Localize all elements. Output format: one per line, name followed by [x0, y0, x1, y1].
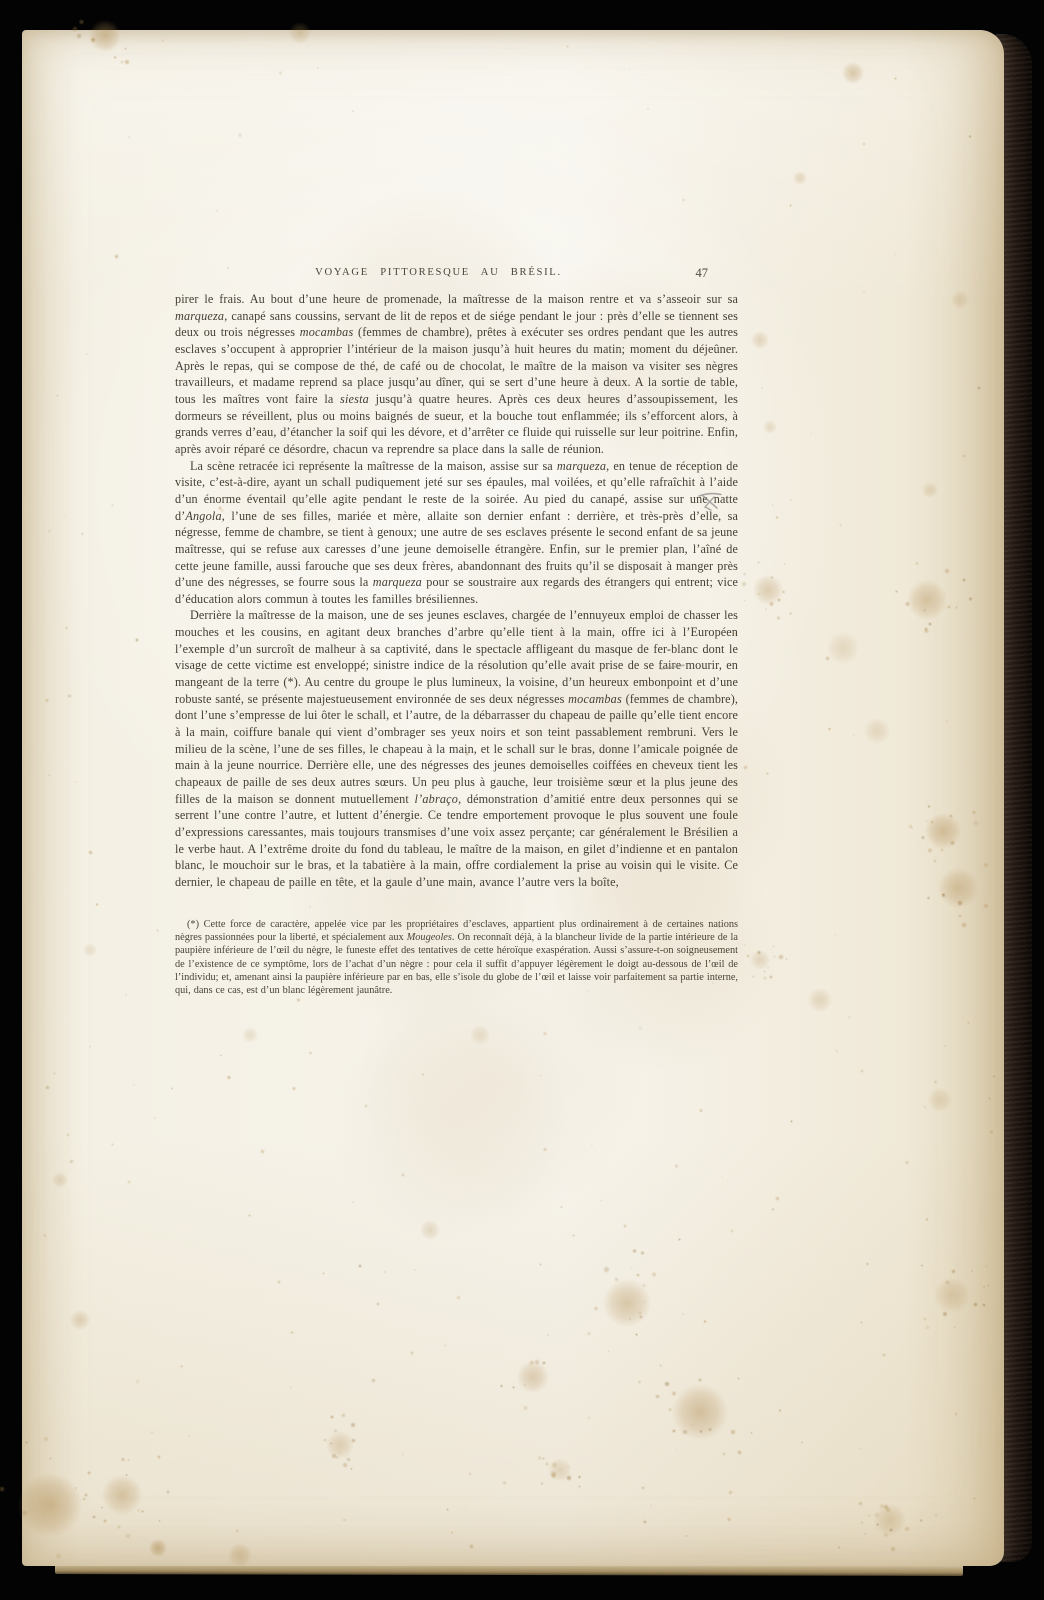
italic-term: Mougeoles: [407, 932, 452, 943]
body-paragraph: La scène retracée ici représente la maît…: [175, 458, 738, 608]
italic-term: mocambas: [300, 325, 354, 339]
running-header: VOYAGE PITTORESQUE AU BRÉSIL. 47: [175, 266, 738, 286]
italic-term: siesta: [340, 392, 369, 406]
pencil-mark-icon: [697, 489, 723, 515]
page-number: 47: [696, 266, 709, 281]
text-run: La scène retracée ici représente la maît…: [190, 459, 557, 473]
text-run: pirer le frais. Au bout d’une heure de p…: [175, 292, 738, 306]
italic-term: marqueza: [557, 459, 606, 473]
body-paragraph: Derrière la maîtresse de la maison, une …: [175, 607, 738, 890]
footnote-paragraph: (*) Cette force de caractère, appelée vi…: [175, 918, 738, 998]
italic-term: Angola: [185, 509, 221, 523]
italic-term: marqueza: [175, 309, 224, 323]
page-title: VOYAGE PITTORESQUE AU BRÉSIL.: [315, 267, 562, 278]
italic-term: mocambas: [568, 692, 622, 706]
printed-text-block: VOYAGE PITTORESQUE AU BRÉSIL. 47 pirer l…: [175, 266, 738, 997]
body-paragraph: pirer le frais. Au bout d’une heure de p…: [175, 291, 738, 458]
footnote: (*) Cette force de caractère, appelée vi…: [175, 918, 738, 998]
italic-term: l’abraço: [415, 792, 459, 806]
italic-term: marqueza: [373, 575, 422, 589]
body-text: pirer le frais. Au bout d’une heure de p…: [175, 291, 738, 891]
text-run: (femmes de chambre), dont l’une s’empres…: [175, 692, 738, 806]
text-run: , démonstration d’amitié entre deux pers…: [175, 792, 738, 889]
